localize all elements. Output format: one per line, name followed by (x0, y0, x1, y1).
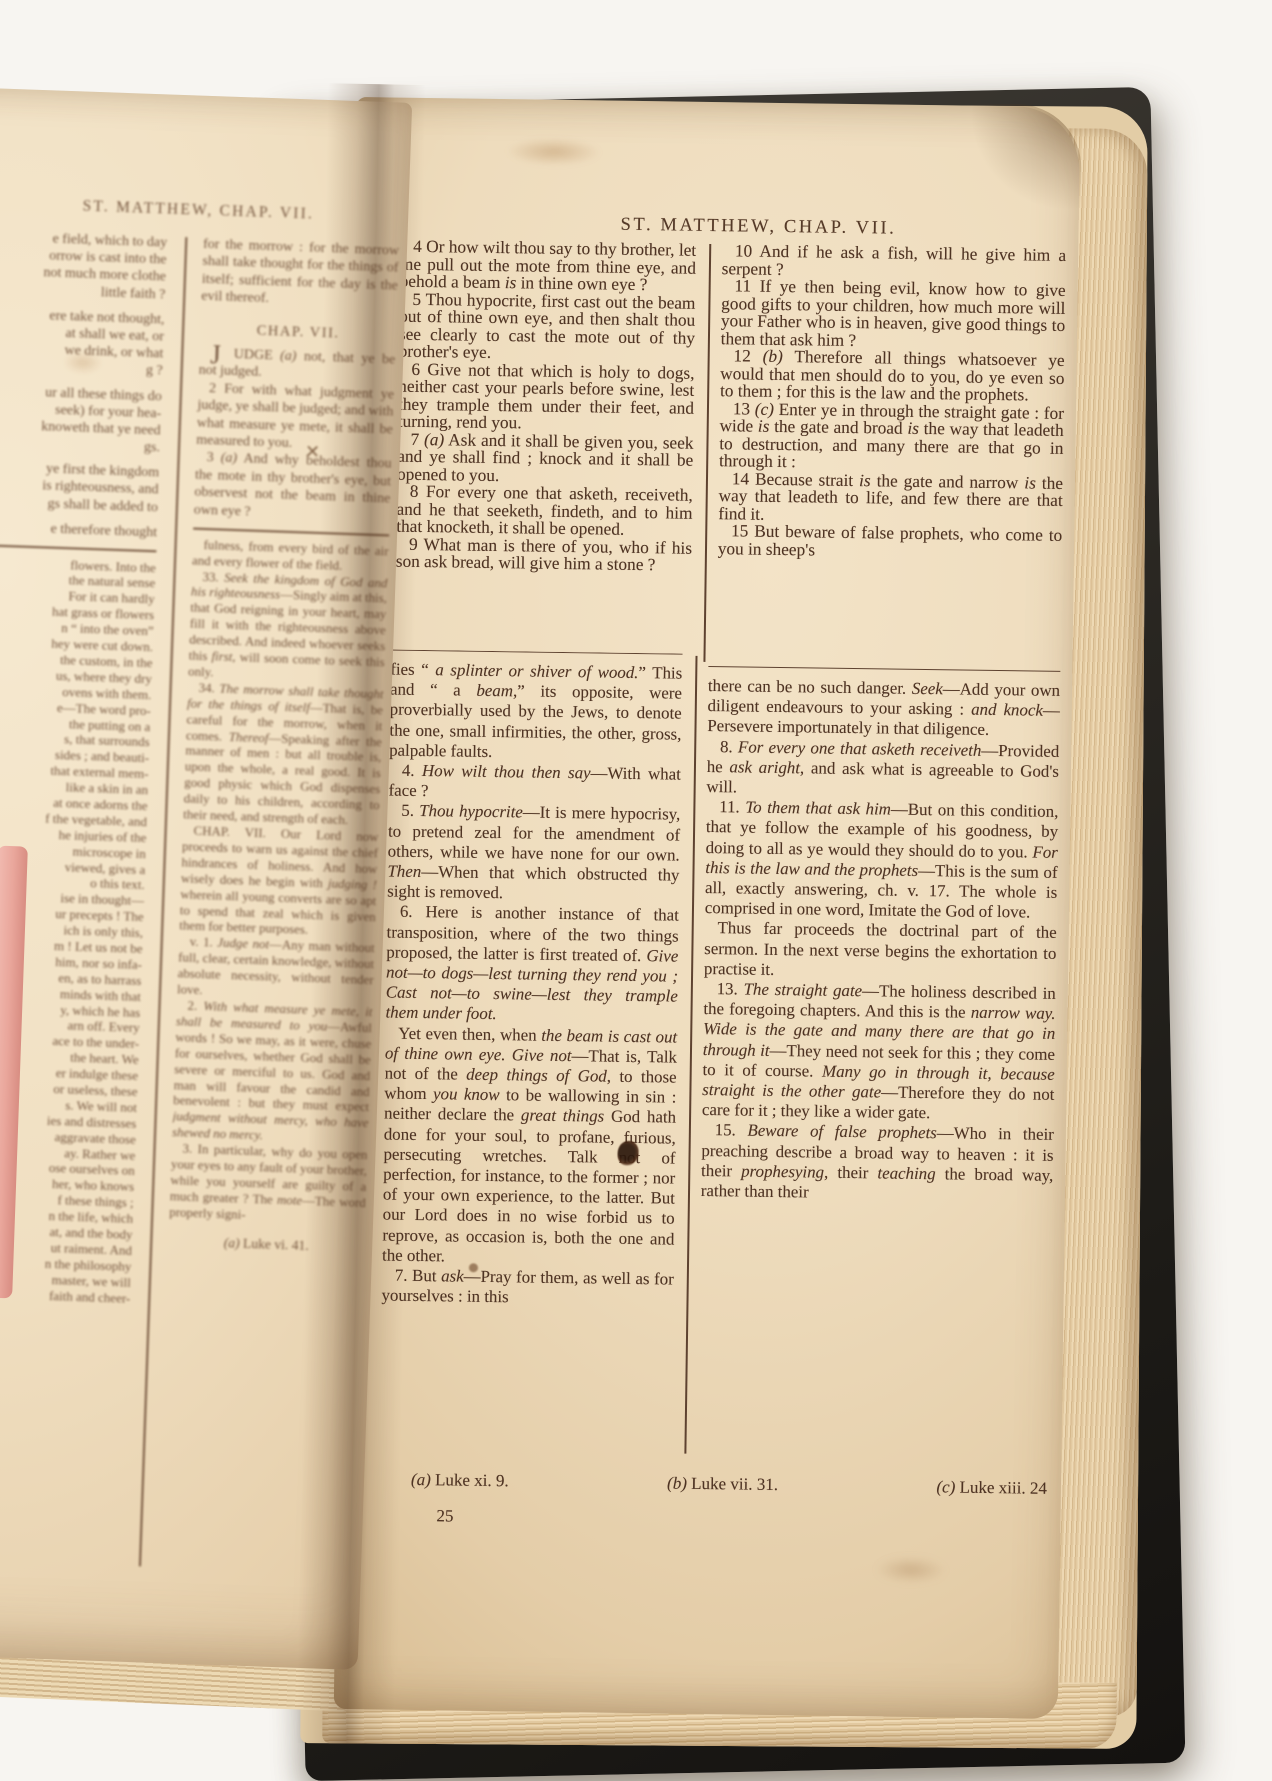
chapter-heading: CHAP. VII. (200, 320, 396, 344)
paragraph: 34. The morrow shall take thought for th… (183, 680, 384, 830)
text: 11. (719, 797, 745, 816)
text: God hath done for your soul, to profane,… (382, 1107, 676, 1265)
text: 15 But beware of false prophets, who com… (718, 521, 1063, 559)
paragraph: 8 For every one that asketh, receiveth, … (396, 483, 693, 540)
italic-text: Seek (912, 679, 943, 698)
paragraph: 13 (c) Enter ye in through the straight … (719, 400, 1064, 475)
italic-text: (a) (221, 451, 238, 467)
foxing-stain (505, 137, 601, 166)
italic-text: is (859, 471, 871, 490)
paragraph: 7 (a) Ask and it shall be given you, see… (397, 430, 694, 487)
text: 10 And if he ask a fish, will he give hi… (722, 241, 1067, 278)
text: 4. (402, 761, 422, 780)
text: for the morrow : for the morrow shall ta… (201, 237, 399, 307)
text: Luke vi. 41. (239, 1235, 309, 1252)
text: not, that ye be not judged. (198, 349, 395, 380)
text: Thus far proceeds the doctrinal part of … (704, 919, 1057, 979)
page-number: 25 (436, 1506, 453, 1526)
italic-text: (a) (424, 430, 444, 449)
column-divider-rule (703, 244, 711, 662)
paragraph: 5 Thou hypocrite, first cast out the bea… (399, 290, 696, 364)
footnote-fragment: uke vi. 37. (0, 1434, 125, 1462)
paragraph: Yet even then, when the beam is cast out… (382, 1023, 677, 1269)
text: 8 For every one that asketh, receiveth, … (396, 482, 693, 539)
section-rule (193, 528, 389, 536)
italic-text: (c) (755, 399, 774, 418)
italic-text: judging ! (328, 876, 377, 892)
paragraph: 15. Beware of false prophets—Who in thei… (701, 1120, 1054, 1206)
text: Yet even then, when (398, 1023, 541, 1044)
text: 15. (715, 1121, 748, 1140)
text: , their (824, 1163, 878, 1183)
commentary-column-left: fies “ a splinter or shiver of wood.” Th… (379, 650, 682, 1454)
text: there can be no such danger. (708, 676, 912, 698)
paragraph: 13. The straight gate—The holiness descr… (702, 979, 1056, 1125)
smudge-stain (876, 1556, 946, 1583)
text: 5. (401, 801, 419, 820)
italic-text: Then (387, 862, 421, 881)
footnote-b: (b) Luke vii. 31. (667, 1474, 778, 1496)
paragraph: 11. To them that ask him—But on this con… (705, 797, 1059, 923)
chapter-verses: JUDGE (a) not, that ye be not judged.2 F… (194, 345, 396, 526)
right-page: ST. MATTHEW, CHAP. VII. 4 Or how wilt th… (334, 97, 1080, 1719)
paragraph: 3 (a) And why beholdest thou the mote in… (194, 449, 392, 525)
italic-text: beam (476, 681, 513, 701)
left-page: ST. MATTHEW, CHAP. VII. e field, which t… (0, 82, 412, 1670)
verse-fragments: e field, which to dayorrow is cast into … (0, 223, 167, 542)
text: 6. Here is another instance of that tran… (386, 902, 679, 965)
italic-text: mote (277, 1193, 303, 1208)
italic-text: is (1024, 473, 1036, 492)
footnote: (a) Luke vi. 41. (168, 1232, 364, 1256)
italic-text: ask aright (729, 757, 800, 777)
paragraph: 15 But beware of false prophets, who com… (718, 522, 1063, 562)
text: 7. But (395, 1266, 442, 1286)
verse-column-right: 10 And if he ask a fish, will he give hi… (716, 242, 1066, 667)
italic-text: ask (441, 1266, 464, 1285)
paragraph: Thus far proceeds the doctrinal part of … (704, 918, 1057, 984)
text: 7 (410, 429, 424, 448)
footnote-row: (a) Luke xi. 9. (b) Luke vii. 31. (c) Lu… (411, 1470, 1047, 1499)
italic-text: first (211, 649, 232, 664)
text: Luke vii. 31. (687, 1474, 778, 1494)
paragraph: 5. Thou hypocrite—It is mere hypocrisy, … (387, 801, 680, 906)
paragraph: 4 Or how wilt thou say to thy brother, l… (400, 238, 697, 295)
text: —When that which obstructed thy sight is… (387, 862, 680, 902)
paragraph: 2. With what measure ye mete, it shall b… (172, 998, 373, 1148)
text: fies “ (390, 660, 435, 680)
italic-text: The straight gate (743, 980, 862, 1001)
italic-text: deep things of God (466, 1065, 607, 1086)
paragraph: v. 1. Judge not—Any man without full, cl… (177, 935, 375, 1005)
paragraph: 6. Here is another instance of that tran… (385, 902, 679, 1027)
paragraph: there can be no such danger. Seek—Add yo… (707, 676, 1060, 742)
text: 8. (720, 737, 738, 756)
text: 3 (206, 450, 221, 465)
text: 13. (717, 979, 744, 998)
text: 34. (198, 681, 219, 696)
italic-text: How wilt thou then say (422, 761, 591, 782)
paragraph: 4. How wilt thou then say—With what face… (388, 761, 681, 805)
text: 6 Give not that which is holy to dogs, n… (398, 359, 695, 432)
italic-text: and knock (971, 700, 1043, 720)
italic-text: you know (433, 1084, 500, 1104)
paragraph: 2 For with what judgment ye judge, ye sh… (196, 379, 394, 455)
paragraph: 9 What man is there of you, who if his s… (396, 535, 692, 574)
italic-text: Judge not (217, 936, 269, 952)
text: —Awful words ! So we may, as it were, ch… (173, 1019, 372, 1114)
paragraph: 11 If ye then being evil, know how to gi… (721, 277, 1066, 352)
column-divider-rule (684, 656, 697, 1454)
photo-of-open-bible: ST. MATTHEW, CHAP. VII. 4 Or how wilt th… (0, 0, 1272, 1781)
italic-text: For every one that asketh receiveth (738, 737, 982, 759)
footnote-a: (a) Luke xi. 9. (411, 1470, 509, 1491)
italic-text: Thou hypocrite (419, 801, 523, 821)
italic-text: Beware of false prophets (747, 1121, 937, 1143)
text: Luke xiii. 24 (955, 1478, 1047, 1498)
text: 12 (733, 346, 762, 365)
right-page-content: ST. MATTHEW, CHAP. VII. 4 Or how wilt th… (334, 97, 1080, 1719)
paragraph: 6 Give not that which is holy to dogs, n… (398, 360, 695, 434)
text: Luke xi. 9. (431, 1470, 509, 1490)
text: JUDGE (234, 347, 281, 364)
running-head: ST. MATTHEW, CHAP. VII. (0, 195, 398, 227)
italic-text: a splinter or shiver of wood. (435, 660, 638, 682)
text: 11 If ye then being evil, know how to gi… (721, 276, 1066, 349)
italic-text: (c) (936, 1477, 955, 1496)
left-page-column-one: e field, which to dayorrow is cast into … (0, 223, 167, 1463)
paragraph: 8. For every one that asketh receiveth—P… (706, 737, 1059, 803)
italic-text: To them that ask him (745, 798, 891, 819)
commentary-column-right: there can be no such danger. Seek—Add yo… (697, 666, 1060, 1459)
pen-mark-x: ✕ (305, 441, 321, 463)
text: 2. (187, 999, 203, 1014)
italic-text: (a) (411, 1470, 431, 1489)
text: 5 Thou hypocrite, first cast out the bea… (399, 289, 696, 362)
paragraph: fies “ a splinter or shiver of wood.” Th… (389, 660, 682, 765)
italic-text: Thereof (229, 729, 269, 744)
paragraph: CHAP. VII. Our Lord now proceeds to warn… (179, 823, 379, 941)
footnote-c: (c) Luke xiii. 24 (936, 1477, 1047, 1499)
verse-continuation: for the morrow : for the morrow shall ta… (201, 236, 399, 312)
italic-text: (a) (280, 349, 297, 365)
text: wherein all young converts are so apt to… (179, 887, 376, 937)
italic-text: is (758, 417, 770, 436)
text: fulness, from every bird of the air and … (192, 538, 389, 573)
paragraph: 14 Because strait is the gate and narrow… (718, 470, 1063, 527)
left-page-content: ST. MATTHEW, CHAP. VII. e field, which t… (0, 82, 412, 1670)
verse-column-left: 4 Or how wilt thou say to thy brother, l… (394, 238, 696, 662)
text: v. 1. (190, 935, 218, 950)
italic-text: great things (521, 1106, 604, 1126)
paragraph: 33. Seek the kingdom of God and his righ… (188, 569, 388, 687)
commentary-section: fies “ a splinter or shiver of wood.” Th… (337, 649, 1072, 1459)
italic-text: is (505, 273, 517, 292)
italic-text: (b) (667, 1474, 687, 1493)
left-page-column-two: for the morrow : for the morrow shall ta… (168, 236, 399, 1256)
paragraph: 7. But ask—Pray for them, as well as for… (381, 1266, 674, 1310)
italic-text: judgment without mercy, who have shewed … (172, 1110, 369, 1143)
italic-text: prophesying (741, 1161, 824, 1181)
text: —Speaking after the manner of men : but … (183, 731, 382, 827)
paragraph: 12 (b) Therefore all things whatsoever y… (720, 347, 1065, 404)
commentary-paragraphs: fulness, from every bird of the air and … (169, 537, 389, 1227)
text: 33. (202, 569, 224, 584)
italic-text: (a) (224, 1235, 240, 1251)
italic-text: is (907, 419, 919, 438)
running-head: ST. MATTHEW, CHAP. VII. (396, 212, 1120, 243)
italic-text: (b) (763, 347, 783, 366)
text: 9 What man is there of you, who if his s… (396, 534, 692, 574)
verse-section: 4 Or how wilt thou say to thy brother, l… (348, 237, 1078, 667)
text: 13 (733, 399, 755, 418)
paragraph: for the morrow : for the morrow shall ta… (201, 236, 399, 312)
text: 2 For with what judgment ye judge, ye sh… (196, 381, 394, 451)
italic-text: teaching (877, 1163, 935, 1183)
paragraph: 3. In particular, why do you open your e… (169, 1141, 368, 1227)
